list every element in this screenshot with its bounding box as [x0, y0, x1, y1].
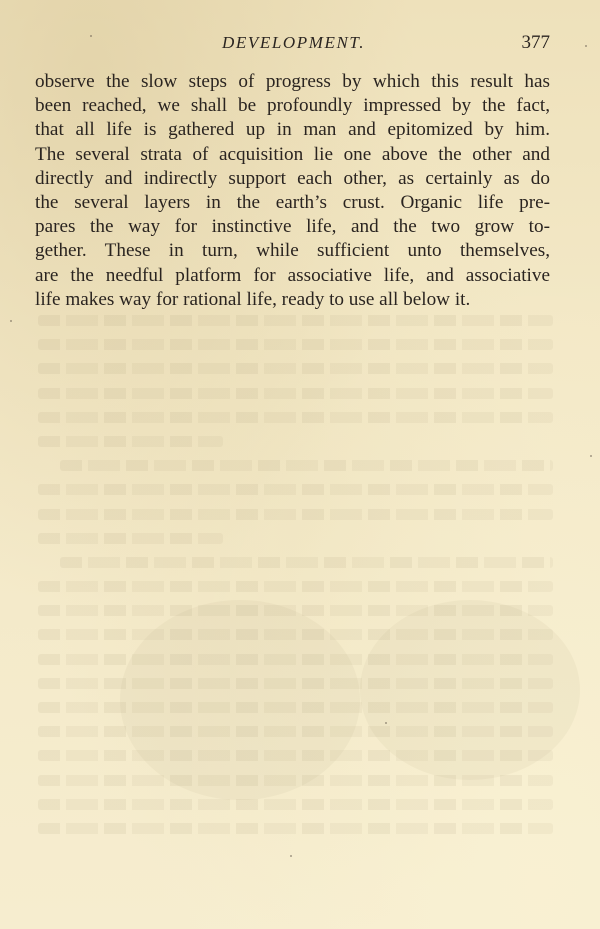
show-through-line: [38, 605, 553, 616]
show-through-line: [38, 702, 553, 713]
show-through-line: [38, 750, 553, 761]
text-line: directly and indirectly support each oth…: [35, 167, 550, 191]
show-through-line: [38, 484, 553, 495]
text-line: observe the slow steps of progress by wh…: [35, 70, 550, 94]
show-through-line: [38, 823, 553, 834]
show-through-line: [38, 339, 553, 350]
paper-stain: [360, 600, 580, 780]
show-through-line: [38, 654, 553, 665]
book-page: DEVELOPMENT. 377 observe the slow steps …: [0, 0, 600, 929]
running-title: DEVELOPMENT.: [222, 30, 365, 56]
paper-speck: [385, 722, 387, 724]
show-through-line: [38, 509, 553, 520]
show-through-line: [38, 581, 553, 592]
text-line: gether. These in turn, while sufficient …: [35, 239, 550, 263]
paper-speck: [590, 455, 592, 457]
paper-speck: [10, 320, 12, 322]
page-number: 377: [522, 30, 551, 56]
body-paragraph: observe the slow steps of progress by wh…: [35, 70, 550, 312]
running-head: DEVELOPMENT. 377: [0, 30, 600, 56]
show-through-line: [38, 678, 553, 689]
show-through-line: [38, 315, 553, 326]
show-through-line: [38, 775, 553, 786]
text-line: that all life is gathered up in man and …: [35, 118, 550, 142]
text-line: are the needful platform for associative…: [35, 264, 550, 288]
paper-stain: [120, 600, 360, 800]
show-through-line: [38, 388, 553, 399]
show-through-line: [38, 629, 553, 640]
paper-speck: [290, 855, 292, 857]
show-through-line: [38, 726, 553, 737]
show-through-line: [60, 557, 553, 568]
text-line: pares the way for instinctive life, and …: [35, 215, 550, 239]
show-through-line: [38, 363, 553, 374]
text-line: The several strata of acquisition lie on…: [35, 143, 550, 167]
show-through-line: [38, 436, 223, 447]
show-through-texture: [38, 315, 553, 875]
show-through-line: [38, 799, 553, 810]
text-line: been reached, we shall be profoundly imp…: [35, 94, 550, 118]
text-line: the several layers in the earth’s crust.…: [35, 191, 550, 215]
text-line-last: life makes way for rational life, ready …: [35, 288, 550, 312]
show-through-line: [38, 412, 553, 423]
show-through-line: [60, 460, 553, 471]
show-through-line: [38, 533, 223, 544]
